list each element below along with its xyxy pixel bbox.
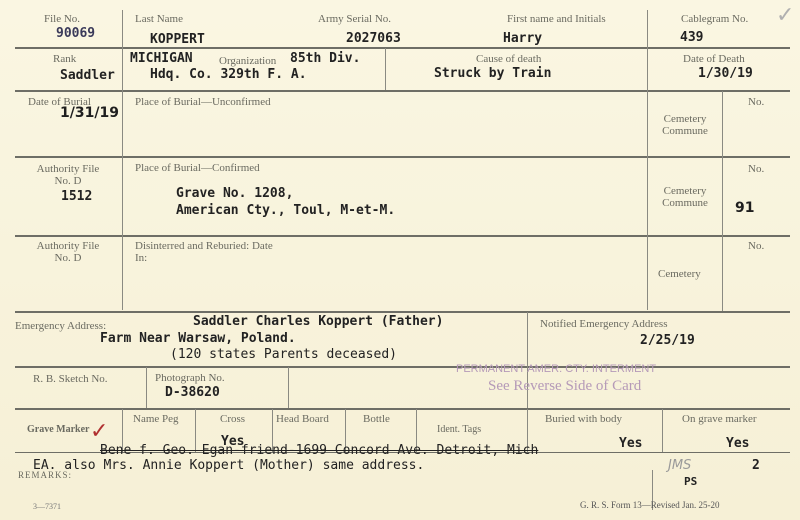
interment-stamp-line2: See Reverse Side of Card <box>488 378 641 395</box>
photograph-value: D-38620 <box>165 385 220 400</box>
cause-label: Cause of death <box>476 53 541 65</box>
rule-row3 <box>15 156 790 158</box>
col-divider-3 <box>647 10 648 310</box>
col-divider-4 <box>722 91 723 311</box>
first-name-label: First name and Initials <box>507 13 606 25</box>
cablegram-value: 439 <box>680 30 703 45</box>
last-name-label: Last Name <box>135 13 183 25</box>
emergency-line2: Farm Near Warsaw, Poland. <box>100 331 296 346</box>
rule-row7 <box>15 408 790 410</box>
name-peg-label: Name Peg <box>133 413 179 425</box>
place-confirmed-line1: Grave No. 1208, <box>176 186 293 201</box>
file-no-value: 90069 <box>56 26 95 41</box>
rule-row1 <box>15 47 790 49</box>
col-divider-6 <box>146 367 147 408</box>
rank-label: Rank <box>53 53 76 65</box>
date-death-label: Date of Death <box>683 53 745 65</box>
emergency-line3: (120 states Parents deceased) <box>170 347 397 362</box>
disinterred-in-label: In: <box>135 252 147 264</box>
remarks-count: 2 <box>752 458 760 473</box>
ps-mark: PS <box>684 474 697 489</box>
cemetery-commune-label-1: Cemetery Commune <box>655 113 715 137</box>
form-number: G. R. S. Form 13—Revised Jan. 25-20 <box>580 500 720 510</box>
emergency-line1: Saddler Charles Koppert (Father) <box>193 314 443 329</box>
state-value: MICHIGAN <box>130 51 193 66</box>
cemetery-no-value: 91 <box>735 200 754 216</box>
col-divider-2 <box>385 48 386 90</box>
col-divider-7 <box>288 367 289 408</box>
notified-label: Notified Emergency Address <box>540 318 668 330</box>
col-divider-14 <box>662 409 663 452</box>
disinterred-label: Disinterred and Reburied: Date <box>135 240 273 252</box>
cemetery-commune-label-2: Cemetery Commune <box>655 185 715 209</box>
buried-with-body-value: Yes <box>619 436 642 451</box>
authority-label-2: Authority File No. D <box>33 240 103 264</box>
place-unconfirmed-label: Place of Burial—Unconfirmed <box>135 96 271 108</box>
ident-tags-label: Ident. Tags <box>437 424 481 436</box>
authority-label-1: Authority File No. D <box>33 163 103 187</box>
photograph-label: Photograph No. <box>155 372 225 384</box>
initials-signature: JMS <box>668 458 691 473</box>
cemetery-label-3: Cemetery <box>658 268 701 280</box>
organization-line2: Hdq. Co. 329th F. A. <box>150 67 307 82</box>
file-no-label: File No. <box>44 13 80 25</box>
no-label-2: No. <box>748 163 764 175</box>
last-name-value: KOPPERT <box>150 32 205 47</box>
remarks-line1: Bene f. Geo. Egan-friend-1699 Concord Av… <box>100 443 538 458</box>
cross-label: Cross <box>220 413 245 425</box>
rule-row4 <box>15 235 790 237</box>
no-label-1: No. <box>748 96 764 108</box>
rank-value: Saddler <box>60 68 115 83</box>
interment-stamp-line1: PERMANENT AMER. CTY. INTERMENT <box>456 363 656 375</box>
serial-label: Army Serial No. <box>318 13 391 25</box>
rule-row6 <box>15 366 790 368</box>
rule-row5 <box>15 311 790 313</box>
organization-label: Organization <box>219 55 276 67</box>
red-checkmark-icon: ✓ <box>90 418 108 444</box>
bottle-label: Bottle <box>363 413 390 425</box>
cablegram-label: Cablegram No. <box>681 13 748 25</box>
authority-value: 1512 <box>61 189 92 204</box>
buried-with-body-label: Buried with body <box>545 413 622 425</box>
emergency-label: Emergency Address: <box>15 320 106 332</box>
col-divider-1 <box>122 10 123 310</box>
checkmark-icon: ✓ <box>776 2 794 28</box>
place-confirmed-line2: American Cty., Toul, M-et-M. <box>176 203 395 218</box>
serial-value: 2027063 <box>346 31 401 46</box>
grave-marker-label: Grave Marker <box>27 424 89 436</box>
grave-registration-card: File No. 90069 Last Name KOPPERT Army Se… <box>0 0 800 520</box>
organization-line1: 85th Div. <box>290 51 360 66</box>
cause-value: Struck by Train <box>434 66 551 81</box>
remarks-line2: EA. also Mrs. Annie Koppert (Mother) sam… <box>33 458 424 473</box>
on-grave-marker-value: Yes <box>726 436 749 451</box>
place-confirmed-label: Place of Burial—Confirmed <box>135 162 260 174</box>
print-code: 3—7371 <box>33 502 61 511</box>
rule-row2 <box>15 90 790 92</box>
remarks-label: Remarks: <box>18 469 72 481</box>
burial-date-value: 1/31/19 <box>60 105 119 121</box>
first-name-value: Harry <box>503 31 542 46</box>
no-label-3: No. <box>748 240 764 252</box>
head-board-label: Head Board <box>276 413 329 425</box>
on-grave-marker-label: On grave marker <box>682 413 757 425</box>
notified-date: 2/25/19 <box>640 333 695 348</box>
rb-sketch-label: R. B. Sketch No. <box>33 373 108 385</box>
date-death-value: 1/30/19 <box>698 66 753 81</box>
